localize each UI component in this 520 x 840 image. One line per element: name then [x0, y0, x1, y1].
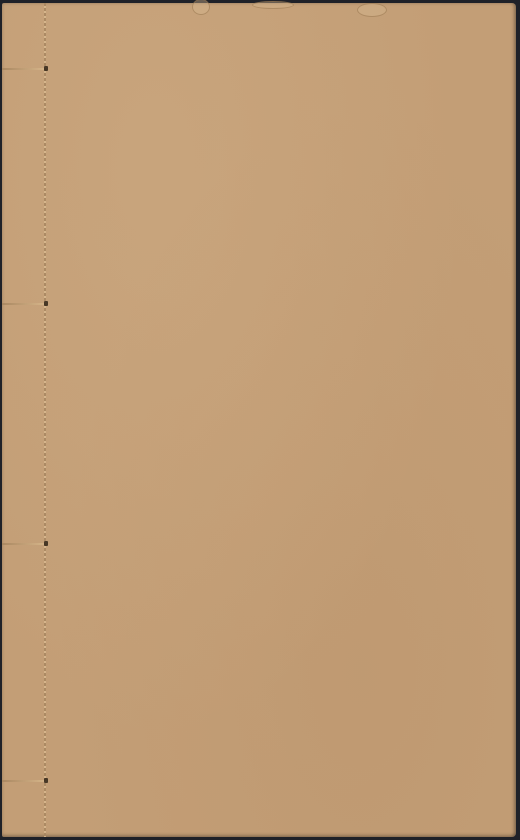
binding-stitch [2, 543, 46, 545]
book-cover [2, 3, 516, 837]
water-stain [357, 3, 387, 17]
binding-stitch [2, 303, 46, 305]
binding-stitch [2, 780, 46, 782]
water-stain [192, 0, 210, 15]
binding-spine-line [44, 3, 46, 837]
binding-stitch [2, 68, 46, 70]
water-stain [252, 1, 294, 9]
